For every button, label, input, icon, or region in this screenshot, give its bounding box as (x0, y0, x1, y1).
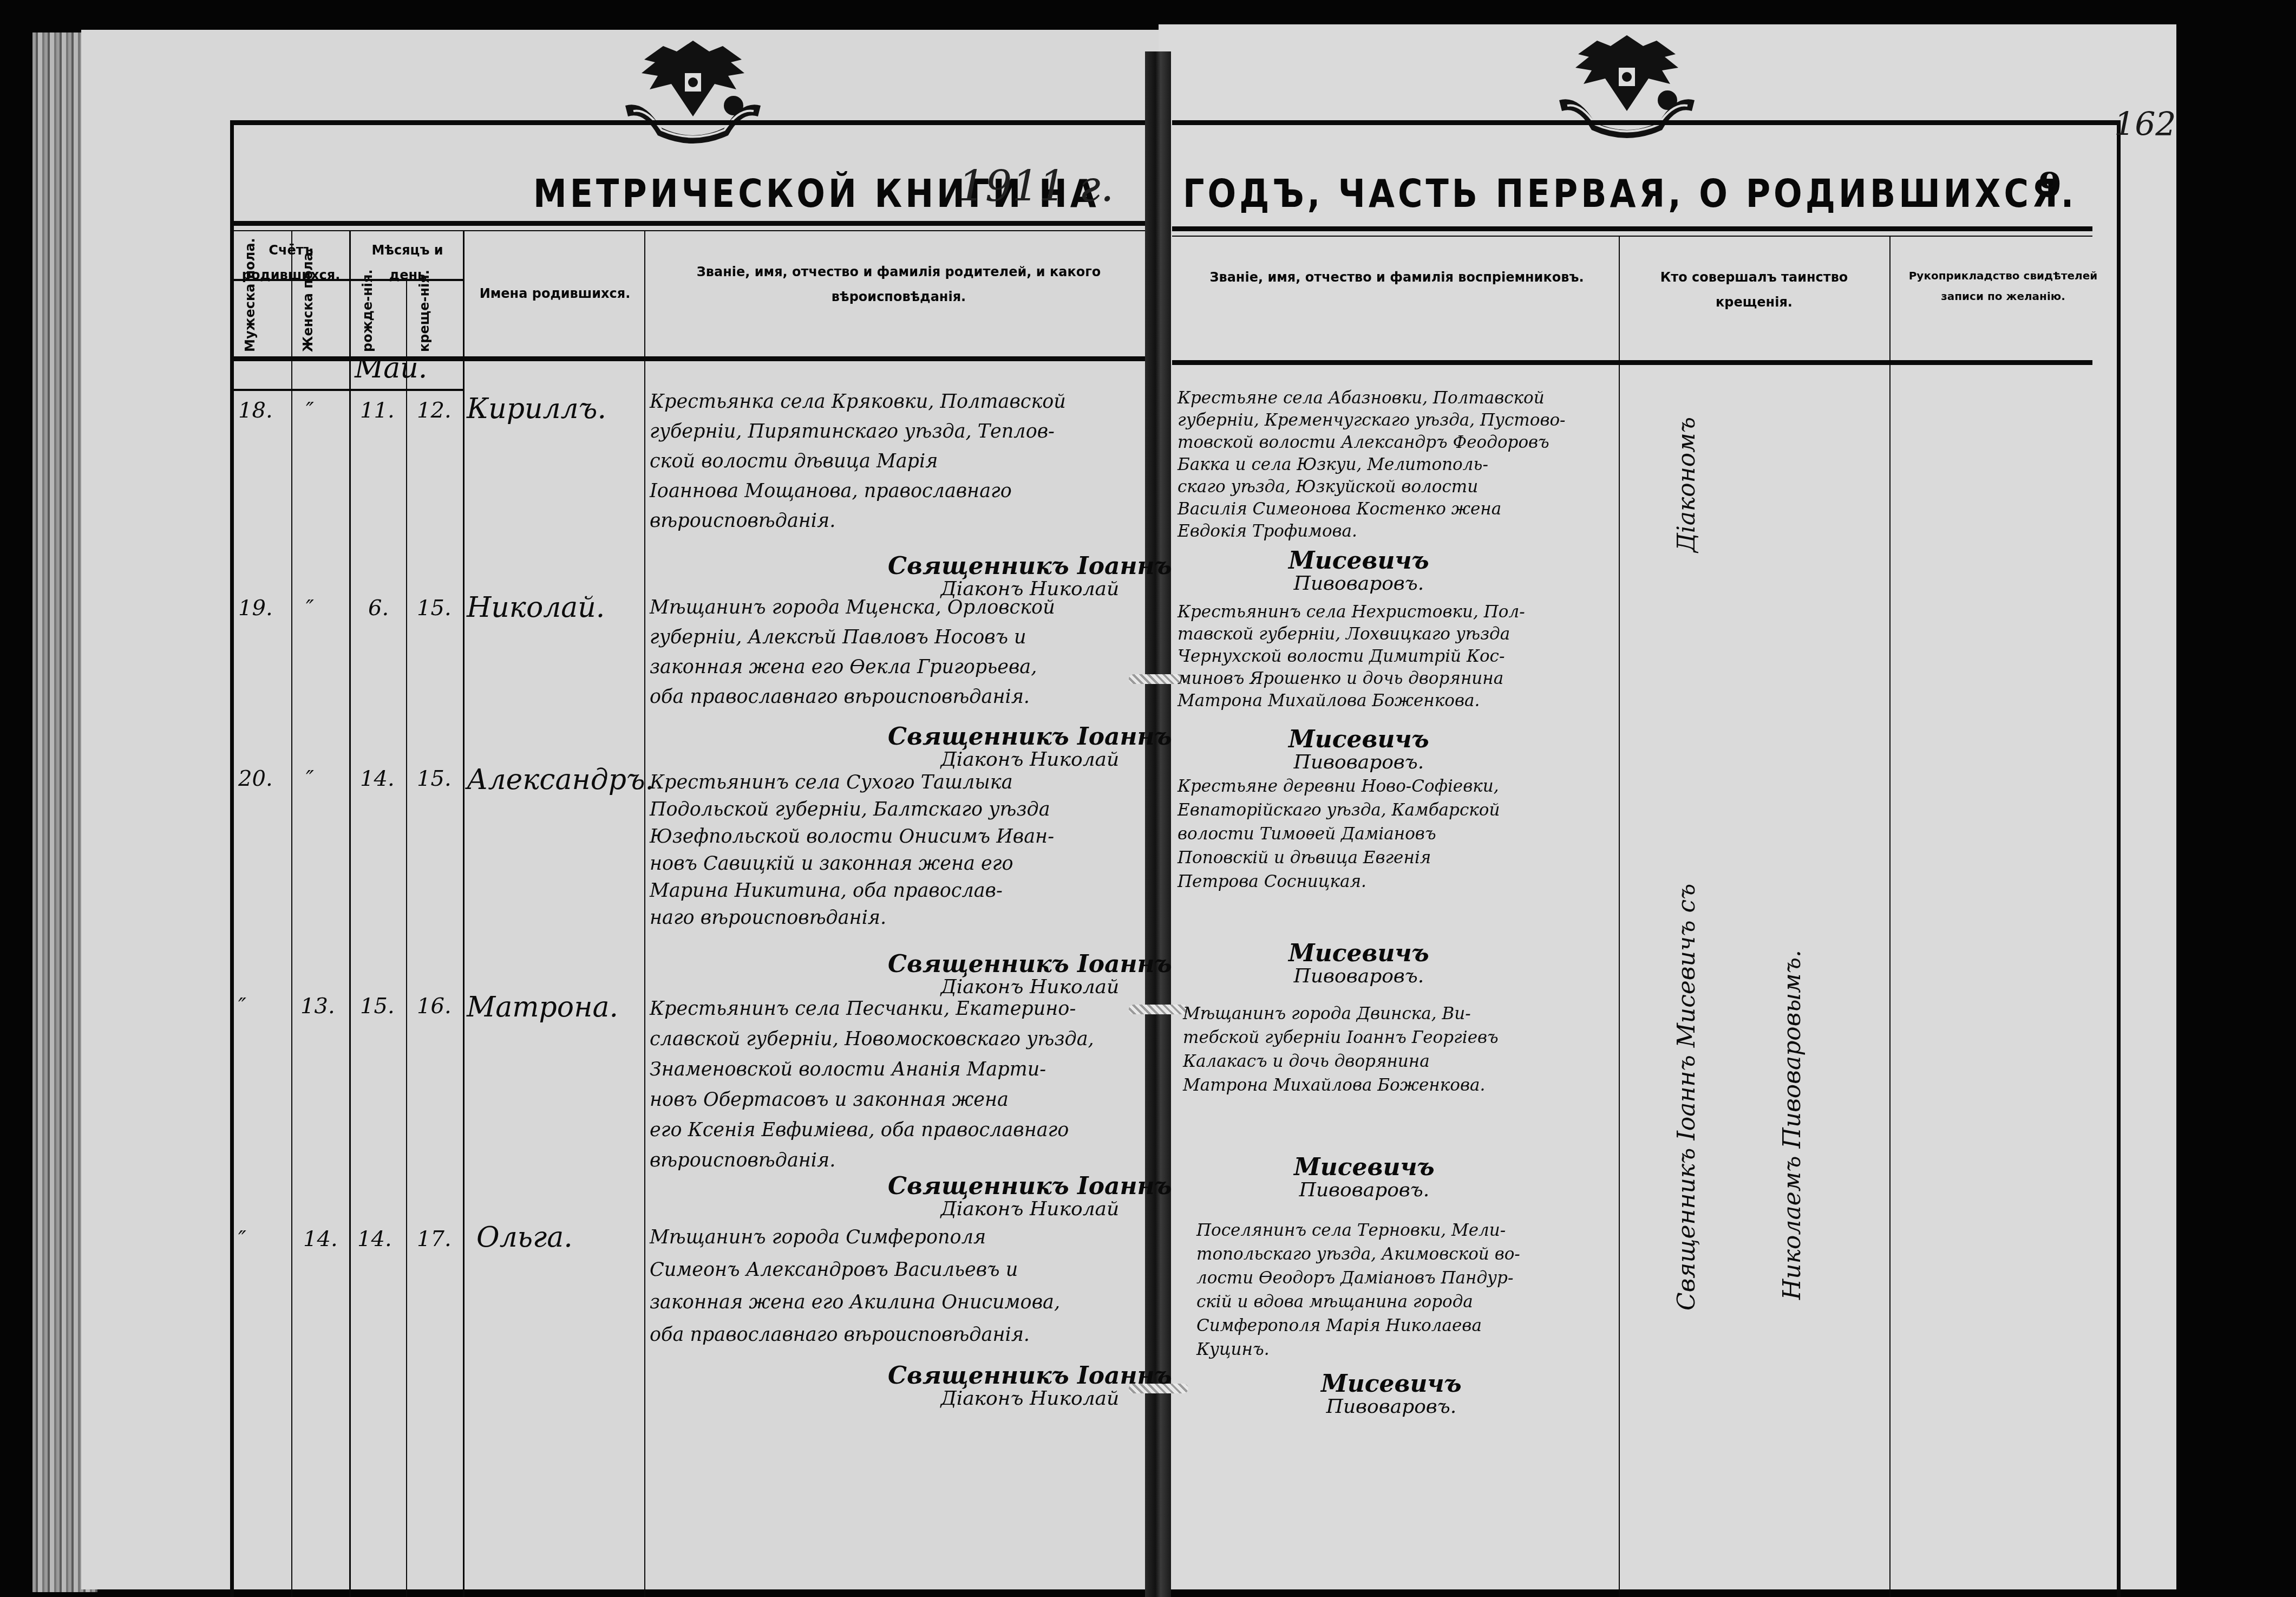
frame-right-border (2117, 120, 2121, 1597)
entry-birth-day: 11. (360, 398, 395, 423)
entry-child-name: Николай. (467, 591, 605, 624)
title-rule (1172, 226, 2092, 231)
title-rule (230, 230, 1145, 231)
clergy-signature: Священникъ ІоаннъДіаконъ Николай (888, 723, 1172, 771)
entry-godparents: Крестьянинъ села Нехристовки, Пол-тавско… (1178, 601, 1525, 712)
column-divider (406, 279, 407, 1597)
frame-top-border (1172, 120, 2120, 125)
performer-deacon-word: Діакономъ (1673, 417, 1700, 552)
entry-female-number: ″ (306, 596, 314, 621)
header-godparents: Званіе, имя, отчество и фамилія воспріем… (1207, 265, 1586, 290)
clergy-signature: Священникъ ІоаннъДіаконъ Николай (888, 1172, 1172, 1220)
header-performer: Кто совершалъ таинство крещенія. (1630, 265, 1879, 315)
column-divider (1889, 236, 1891, 1597)
entry-baptism-day: 17. (417, 1227, 452, 1251)
imperial-eagle-emblem-icon (612, 30, 774, 144)
entry-male-number: ″ (238, 994, 246, 1019)
godparent-signature: МисевичъПивоваровъ. (1288, 726, 1429, 773)
column-divider (291, 230, 292, 1597)
register-title-right: ГОДЪ, ЧАСТЬ ПЕРВАЯ, О РОДИВШИХСЯ. (1183, 171, 2077, 216)
column-divider (349, 230, 351, 1597)
handwritten-folio-number: 162 (2114, 106, 2176, 144)
printed-page-number: 9 (2038, 165, 2062, 205)
performer-priest-line: Священникъ Іоаннъ Мисевичъ съ (1673, 884, 1700, 1311)
entry-parents: Крестьянка села Кряковки, Полтавскойгубе… (650, 387, 1066, 536)
godparent-signature: МисевичъПивоваровъ. (1288, 940, 1429, 987)
binding-thread (1129, 1005, 1188, 1014)
entry-parents: Мѣщанинъ города Мценска, Орловскойгуберн… (650, 593, 1055, 712)
entry-baptism-day: 16. (417, 994, 452, 1019)
entry-parents: Крестьянинъ села Сухого ТашлыкаПодольско… (650, 769, 1054, 931)
godparent-signature: МисевичъПивоваровъ. (1294, 1153, 1435, 1201)
register-year: 1911 г. (958, 162, 1114, 211)
column-divider (1619, 236, 1620, 1597)
title-rule (230, 221, 1145, 226)
entry-baptism-day: 15. (417, 596, 452, 621)
godparent-signature: МисевичъПивоваровъ. (1321, 1370, 1462, 1418)
entry-child-name: Кириллъ. (467, 393, 606, 425)
entry-parents: Крестьянинъ села Песчанки, Екатерино-сла… (650, 994, 1094, 1176)
godparent-signature: МисевичъПивоваровъ. (1288, 547, 1429, 595)
entry-baptism-day: 12. (417, 398, 452, 423)
entry-birth-day: 14. (360, 766, 395, 791)
header-male: Мужеска пола. (243, 238, 258, 352)
entry-male-number: 19. (238, 596, 273, 621)
frame-left-border (230, 120, 234, 1597)
entry-godparents: Крестьяне села Абазновки, Полтавскойгубе… (1178, 387, 1566, 543)
header-parents: Званіе, имя, отчество и фамилія родителе… (660, 260, 1137, 309)
entry-baptism-day: 15. (417, 766, 452, 791)
entry-child-name: Матрона. (467, 991, 618, 1024)
month-row-rule (233, 389, 463, 391)
entry-birth-day: 15. (360, 994, 395, 1019)
entry-godparents: Мѣщанинъ города Двинска, Ви-тебской губе… (1183, 1002, 1499, 1097)
entry-child-name: Александръ. (467, 764, 654, 796)
entry-birth-day: 6. (368, 596, 389, 621)
entry-godparents: Крестьяне деревни Ново-Софіевки,Евпаторі… (1178, 774, 1500, 894)
entry-female-number: 13. (300, 994, 335, 1019)
frame-top-border (230, 120, 1145, 125)
column-divider (644, 230, 645, 1597)
header-female: Женска пола. (300, 247, 316, 352)
month-label: Май. (355, 352, 427, 384)
entry-birth-day: 14. (357, 1227, 392, 1251)
performer-deacon-line: Николаемъ Пивоваровымъ. (1778, 950, 1806, 1300)
entry-female-number: ″ (306, 398, 314, 423)
entry-child-name: Ольга. (476, 1221, 573, 1254)
entry-godparents: Поселянинъ села Терновки, Мели-топольска… (1196, 1218, 1520, 1361)
entry-male-number: 20. (238, 766, 273, 791)
entry-female-number: 14. (303, 1227, 338, 1251)
header-baptism: креще-нія. (417, 270, 432, 352)
entry-parents: Мѣщанинъ города СимферополяСимеонъ Алекс… (650, 1221, 1060, 1351)
header-birth: рожде-нія. (360, 269, 375, 352)
clergy-signature: Священникъ ІоаннъДіаконъ Николай (888, 950, 1172, 998)
clergy-signature: Священникъ ІоаннъДіаконъ Николай (888, 1362, 1172, 1410)
header-names: Имена родившихся. (466, 282, 644, 307)
entry-female-number: ″ (306, 766, 314, 791)
header-witnesses: Рукоприкладство свидѣтелей записи по жел… (1895, 265, 2111, 307)
entry-male-number: 18. (238, 398, 273, 423)
header-bottom-rule (1172, 360, 2092, 365)
column-divider (463, 230, 465, 1597)
entry-male-number: ″ (238, 1227, 246, 1251)
title-rule (1172, 236, 2092, 237)
